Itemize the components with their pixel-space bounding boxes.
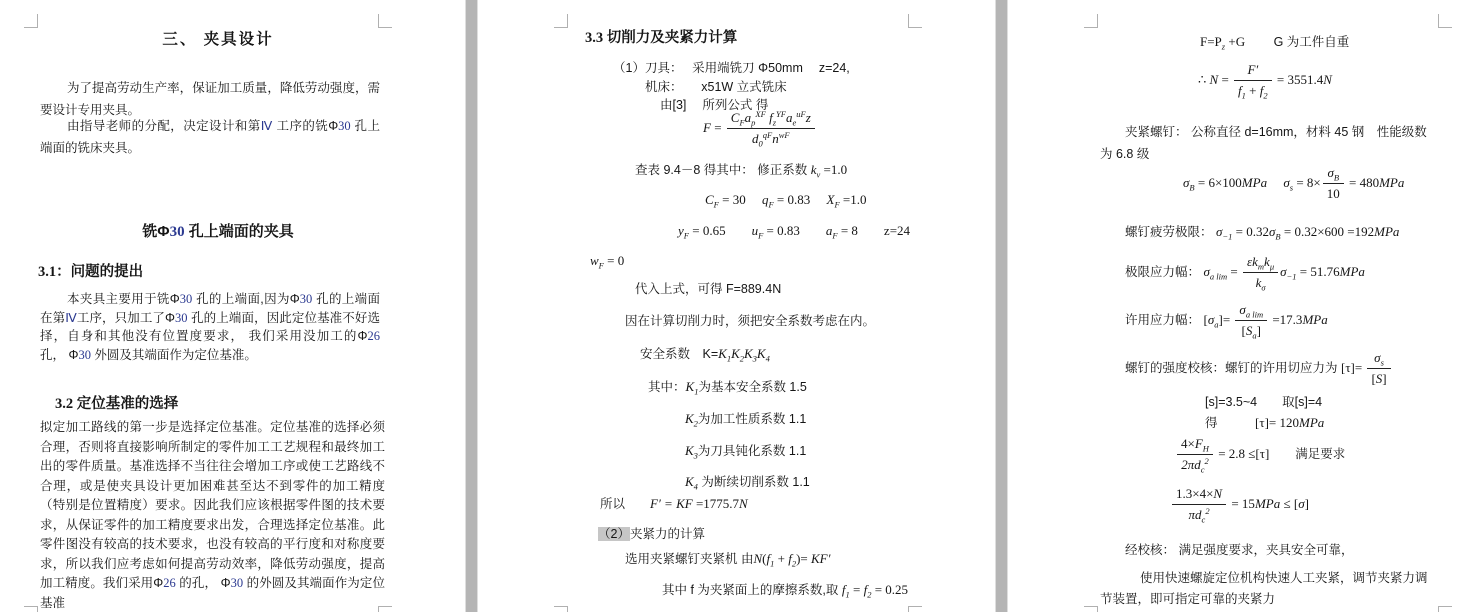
formula-limit-amplitude: 极限应力幅： σa lim = εkmkμkσσ−1 = 51.76MPa bbox=[1125, 252, 1365, 293]
formula-force-result: 所以 F′ = KF =1775.7N bbox=[600, 494, 748, 514]
line-friction: 其中 f 为夹紧面上的摩擦系数,取 f1 = f2 = 0.25 bbox=[662, 580, 908, 600]
formula-allowable-amplitude: 许用应力幅： [σa]= σa lim[Sa] =17.3MPa bbox=[1125, 300, 1328, 341]
doc-title: 三、 夹具设计 bbox=[48, 30, 388, 50]
line-clamp-select: 选用夹紧螺钉夹紧机 由N(f1 + f2)= KF′ bbox=[625, 549, 830, 569]
paragraph-3-2: 拟定加工路线的第一步是选择定位基准。定位基准的选择必须合理，否则将直接影响所制定… bbox=[40, 418, 385, 612]
line-k2: K2为加工性质系数 1.1 bbox=[685, 409, 806, 429]
line-substitute: 代入上式，可得 F=889.4N bbox=[635, 279, 781, 299]
page-2[interactable]: 3.3 切削力及夹紧力计算（1）刀具： 采用端铣刀 Φ50mm z=24,机床：… bbox=[478, 0, 995, 612]
line-k4: K4 为断续切削系数 1.1 bbox=[685, 472, 810, 492]
line-clamp-heading: （2）夹紧力的计算 bbox=[598, 524, 705, 544]
formula-clamp-force: ∴ N = F′f1 + f2 = 3551.4N bbox=[1198, 60, 1332, 101]
page-1[interactable]: 三、 夹具设计为了提高劳动生产率，保证加工质量，降低劳动强度，需要设计专用夹具。… bbox=[0, 0, 465, 612]
line-tool: （1）刀具： 采用端铣刀 Φ50mm z=24, bbox=[613, 58, 850, 78]
page-separator bbox=[465, 0, 478, 612]
fraction: σa lim[Sa] bbox=[1235, 300, 1267, 341]
formula-safety-factor: 安全系数 K=K1K2K3K4 bbox=[640, 344, 770, 364]
line-safety-note: 因在计算切削力时，须把安全系数考虑在内。 bbox=[625, 311, 875, 331]
fraction: 4×FH2πdc2 bbox=[1177, 434, 1213, 475]
line-machine: 机床： x51W 立式铣床 bbox=[645, 77, 787, 97]
formula-weight: F=Pz +G G 为工件自重 bbox=[1200, 32, 1349, 52]
formula-coefficients-1: CF = 30 qF = 0.83 XF =1.0 bbox=[705, 190, 867, 210]
paragraph-screw: 夹紧螺钉： 公称直径 d=16mm，材料 45 钢 性能级数为 6.8 级 bbox=[1100, 121, 1435, 165]
formula-strength-check: 螺钉的强度校核：螺钉的许用切应力为 [τ]= σs[S] bbox=[1125, 348, 1393, 389]
section-title: 铣Φ30 孔上端面的夹具 bbox=[48, 222, 388, 242]
formula-shear-check: 4×FH2πdc2 = 2.8 ≤[τ] 满足要求 bbox=[1175, 434, 1345, 475]
heading-3-1: 3.1：问题的提出 bbox=[38, 262, 143, 282]
fraction: 1.3×4×Nπdc2 bbox=[1172, 484, 1226, 525]
fraction: CFapXF fzYFaeuFzd0qFnwF bbox=[727, 108, 815, 149]
formula-strength-values: σB = 6×100MPa σs = 8×σB10 = 480MPa bbox=[1183, 163, 1404, 204]
line-tau-value: 得 [τ]= 120MPa bbox=[1205, 413, 1324, 433]
heading-3-3: 3.3 切削力及夹紧力计算 bbox=[585, 28, 737, 48]
paragraph-3-1: 本夹具主要用于铣Φ30 孔的上端面,因为Φ30 孔的上端面在第Ⅳ工序，只加工了Φ… bbox=[40, 290, 380, 364]
page-1-content: 三、 夹具设计为了提高劳动生产率，保证加工质量，降低劳动强度，需要设计专用夹具。… bbox=[0, 0, 465, 612]
paragraph-conclusion: 使用快速螺旋定位机构快速人工夹紧，调节夹紧力调节装置，即可指定可靠的夹紧力 bbox=[1100, 568, 1435, 610]
formula-coefficients-3: wF = 0 bbox=[590, 251, 624, 271]
line-check-result: 经校核： 满足强度要求，夹具安全可靠， bbox=[1125, 540, 1353, 560]
line-k1: 其中：K1为基本安全系数 1.5 bbox=[648, 377, 807, 397]
formula-coefficients-2: yF = 0.65 uF = 0.83 aF = 8 z=24 bbox=[678, 221, 910, 241]
heading-3-2: 3.2 定位基准的选择 bbox=[55, 394, 178, 414]
page-3-content: F=Pz +G G 为工件自重∴ N = F′f1 + f2 = 3551.4N… bbox=[1008, 0, 1477, 612]
line-lookup-table: 查表 9.4－8 得其中： 修正系数 kv =1.0 bbox=[635, 160, 847, 180]
fraction: εkmkμkσ bbox=[1243, 252, 1278, 293]
line-safety-range: [s]=3.5~4 取[s]=4 bbox=[1205, 392, 1322, 412]
page-2-content: 3.3 切削力及夹紧力计算（1）刀具： 采用端铣刀 Φ50mm z=24,机床：… bbox=[478, 0, 995, 612]
page-3[interactable]: F=Pz +G G 为工件自重∴ N = F′f1 + f2 = 3551.4N… bbox=[1008, 0, 1477, 612]
page-separator bbox=[995, 0, 1008, 612]
document-viewport: 三、 夹具设计为了提高劳动生产率，保证加工质量，降低劳动强度，需要设计专用夹具。… bbox=[0, 0, 1477, 612]
fraction: σs[S] bbox=[1367, 348, 1390, 389]
paragraph-intro-2: 由指导老师的分配，决定设计和第Ⅳ 工序的铣Φ30 孔上端面的铣床夹具。 bbox=[40, 115, 380, 159]
formula-cutting-force: F = CFapXF fzYFaeuFzd0qFnwF bbox=[703, 108, 817, 149]
line-k3: K3为刀具钝化系数 1.1 bbox=[685, 441, 806, 461]
formula-fatigue-limit: 螺钉疲劳极限： σ−1 = 0.32σB = 0.32×600 =192MPa bbox=[1125, 222, 1399, 242]
fraction: F′f1 + f2 bbox=[1234, 60, 1272, 101]
formula-tension-check: 1.3×4×Nπdc2 = 15MPa ≤ [σ] bbox=[1170, 484, 1309, 525]
fraction: σB10 bbox=[1323, 163, 1344, 204]
